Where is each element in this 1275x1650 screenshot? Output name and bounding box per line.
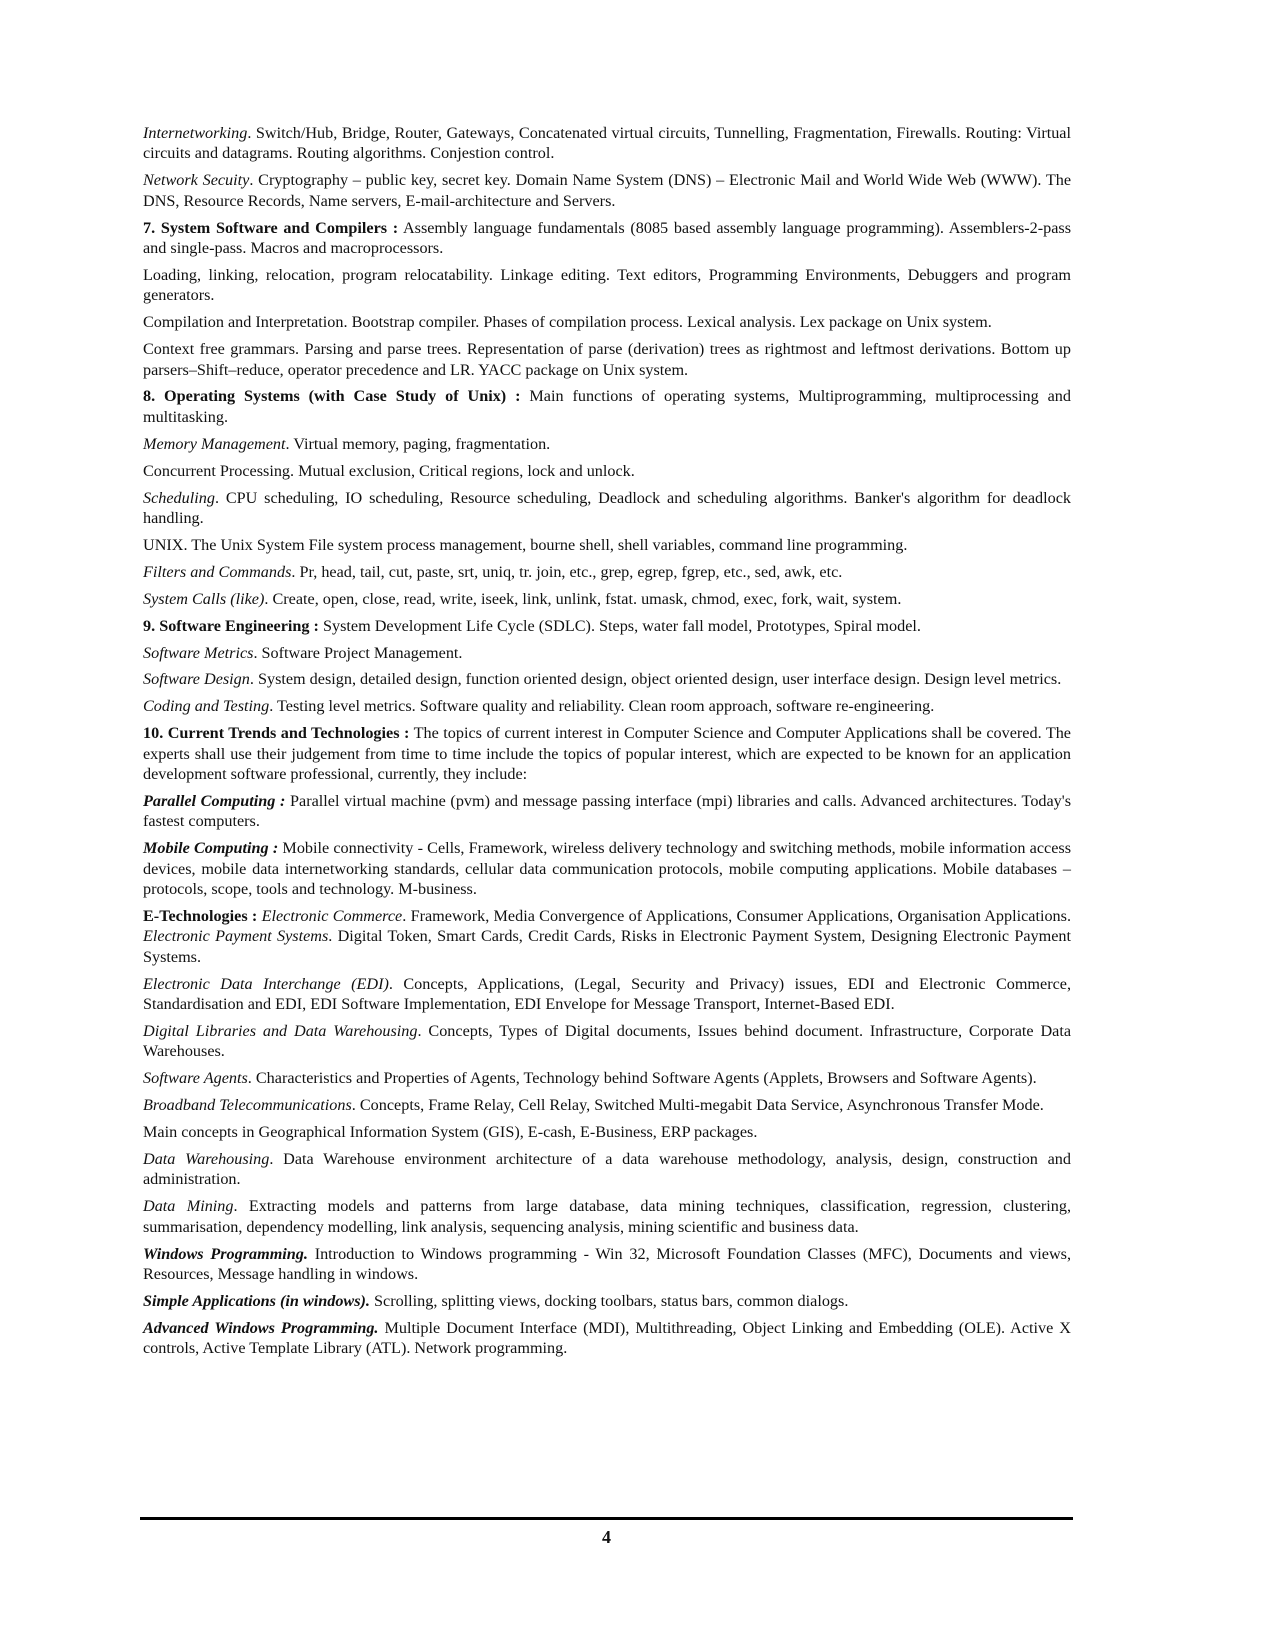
paragraph-text: Concepts, Frame Relay, Cell Relay, Switc…	[360, 1096, 1044, 1114]
paragraph: Data Warehousing. Data Warehouse environ…	[143, 1149, 1071, 1190]
paragraph-text: Pr, head, tail, cut, paste, srt, uniq, t…	[300, 563, 843, 581]
paragraph: Loading, linking, relocation, program re…	[143, 265, 1071, 306]
paragraph: System Calls (like). Create, open, close…	[143, 589, 1071, 609]
paragraph: Filters and Commands. Pr, head, tail, cu…	[143, 562, 1071, 582]
paragraph-text: Create, open, close, read, write, iseek,…	[272, 590, 901, 608]
topic-heading: Filters and Commands	[143, 563, 291, 581]
paragraph: Compilation and Interpretation. Bootstra…	[143, 312, 1071, 332]
topic-heading: Mobile Computing :	[143, 839, 278, 857]
topic-heading: Digital Libraries and Data Warehousing	[143, 1022, 417, 1040]
separator: .	[247, 124, 256, 142]
paragraph-text: Data Warehouse environment architecture …	[143, 1150, 1071, 1188]
paragraph: Electronic Data Interchange (EDI). Conce…	[143, 974, 1071, 1015]
paragraph: Coding and Testing. Testing level metric…	[143, 696, 1071, 716]
paragraph: 9. Software Engineering : System Develop…	[143, 616, 1071, 636]
topic-heading: Software Design	[143, 670, 250, 688]
separator: .	[253, 644, 261, 662]
section-heading: 8. Operating Systems (with Case Study of…	[143, 387, 520, 405]
paragraph: Parallel Computing : Parallel virtual ma…	[143, 791, 1071, 832]
separator: .	[352, 1096, 360, 1114]
separator: .	[250, 670, 258, 688]
paragraph-text: Compilation and Interpretation. Bootstra…	[143, 313, 992, 331]
separator: .	[269, 697, 277, 715]
topic-heading: Data Mining	[143, 1197, 233, 1215]
section-heading: 10. Current Trends and Technologies :	[143, 724, 409, 742]
paragraph-text: Context free grammars. Parsing and parse…	[143, 340, 1071, 378]
paragraph-text: Extracting models and patterns from larg…	[143, 1197, 1071, 1235]
subtopic-heading: Electronic Commerce	[262, 907, 403, 925]
paragraph-text: Concurrent Processing. Mutual exclusion,…	[143, 462, 635, 480]
topic-heading: Software Metrics	[143, 644, 253, 662]
paragraph: Simple Applications (in windows). Scroll…	[143, 1291, 1071, 1311]
paragraph: Software Design. System design, detailed…	[143, 669, 1071, 689]
paragraph-text: Main concepts in Geographical Informatio…	[143, 1123, 757, 1141]
paragraph: UNIX. The Unix System File system proces…	[143, 535, 1071, 555]
page-number: 4	[0, 1527, 1213, 1548]
separator: .	[291, 563, 299, 581]
paragraph: Software Agents. Characteristics and Pro…	[143, 1068, 1071, 1088]
paragraph-text: CPU scheduling, IO scheduling, Resource …	[143, 489, 1071, 527]
paragraph: Digital Libraries and Data Warehousing. …	[143, 1021, 1071, 1062]
paragraph: Scheduling. CPU scheduling, IO schedulin…	[143, 488, 1071, 529]
topic-heading: System Calls (like)	[143, 590, 264, 608]
paragraph: Network Secuity. Cryptography – public k…	[143, 170, 1071, 211]
separator: .	[233, 1197, 248, 1215]
paragraph-text: Testing level metrics. Software quality …	[277, 697, 934, 715]
topic-heading: Advanced Windows Programming.	[143, 1319, 378, 1337]
subtopic-heading: Electronic Payment Systems	[143, 927, 328, 945]
paragraph-text: UNIX. The Unix System File system proces…	[143, 536, 907, 554]
separator: .	[417, 1022, 428, 1040]
paragraph: 7. System Software and Compilers : Assem…	[143, 218, 1071, 259]
paragraph-text: Software Project Management.	[262, 644, 463, 662]
paragraph: E-Technologies : Electronic Commerce. Fr…	[143, 906, 1071, 967]
paragraph-text: Cryptography – public key, secret key. D…	[143, 171, 1071, 209]
topic-heading: Data Warehousing	[143, 1150, 269, 1168]
document-body: Internetworking. Switch/Hub, Bridge, Rou…	[143, 123, 1071, 1365]
topic-heading: Coding and Testing	[143, 697, 269, 715]
paragraph: Memory Management. Virtual memory, pagin…	[143, 434, 1071, 454]
paragraph: 8. Operating Systems (with Case Study of…	[143, 386, 1071, 427]
separator: .	[269, 1150, 283, 1168]
paragraph: Windows Programming. Introduction to Win…	[143, 1244, 1071, 1285]
topic-heading: Software Agents	[143, 1069, 248, 1087]
separator: .	[248, 1069, 256, 1087]
paragraph-text: System Development Life Cycle (SDLC). St…	[323, 617, 921, 635]
paragraph: Software Metrics. Software Project Manag…	[143, 643, 1071, 663]
paragraph: Concurrent Processing. Mutual exclusion,…	[143, 461, 1071, 481]
topic-heading: Windows Programming.	[143, 1245, 308, 1263]
topic-heading: Memory Management	[143, 435, 286, 453]
topic-heading: E-Technologies :	[143, 907, 257, 925]
paragraph: Internetworking. Switch/Hub, Bridge, Rou…	[143, 123, 1071, 164]
separator	[308, 1245, 315, 1263]
topic-heading: Simple Applications (in windows).	[143, 1292, 370, 1310]
separator: .	[249, 171, 258, 189]
paragraph: Broadband Telecommunications. Concepts, …	[143, 1095, 1071, 1115]
paragraph-text: . Framework, Media Convergence of Applic…	[402, 907, 1071, 925]
topic-heading: Network Secuity	[143, 171, 249, 189]
paragraph-text: Mobile connectivity - Cells, Framework, …	[143, 839, 1071, 898]
paragraph: Advanced Windows Programming. Multiple D…	[143, 1318, 1071, 1359]
paragraph: Main concepts in Geographical Informatio…	[143, 1122, 1071, 1142]
paragraph: Context free grammars. Parsing and parse…	[143, 339, 1071, 380]
paragraph-text: Switch/Hub, Bridge, Router, Gateways, Co…	[143, 124, 1071, 162]
topic-heading: Electronic Data Interchange (EDI)	[143, 975, 389, 993]
paragraph: Mobile Computing : Mobile connectivity -…	[143, 838, 1071, 899]
topic-heading: Broadband Telecommunications	[143, 1096, 352, 1114]
paragraph-text: System design, detailed design, function…	[258, 670, 1061, 688]
separator: .	[389, 975, 404, 993]
separator: .	[215, 489, 226, 507]
topic-heading: Parallel Computing :	[143, 792, 285, 810]
section-heading: 7. System Software and Compilers :	[143, 219, 398, 237]
section-heading: 9. Software Engineering :	[143, 617, 319, 635]
paragraph-text: Virtual memory, paging, fragmentation.	[293, 435, 550, 453]
paragraph: Data Mining. Extracting models and patte…	[143, 1196, 1071, 1237]
paragraph-text: Scrolling, splitting views, docking tool…	[374, 1292, 848, 1310]
paragraph-text: Loading, linking, relocation, program re…	[143, 266, 1071, 304]
topic-heading: Scheduling	[143, 489, 215, 507]
paragraph: 10. Current Trends and Technologies : Th…	[143, 723, 1071, 784]
topic-heading: Internetworking	[143, 124, 247, 142]
paragraph-text: Characteristics and Properties of Agents…	[256, 1069, 1037, 1087]
footer-divider	[140, 1517, 1073, 1520]
